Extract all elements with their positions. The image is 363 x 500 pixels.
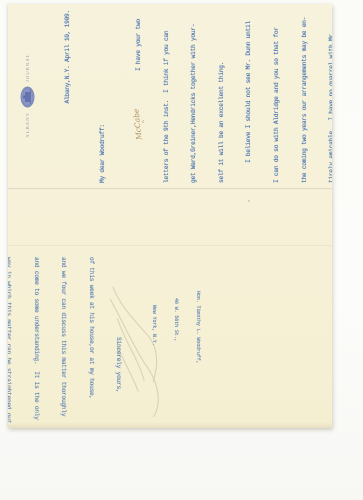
letter-paper: ALBANY JOURNAL Albany,N.Y. April 10, 190… (8, 4, 332, 428)
letter-scan: { "letterhead": { "left_word": "ALBANY",… (0, 0, 363, 500)
letterhead: ALBANY JOURNAL (16, 4, 38, 187)
letterhead-right-word: JOURNAL (25, 53, 30, 82)
body-line: I believe I should not see Mr. Dunn unti… (242, 7, 256, 183)
body-line: way in which this matter can be straight… (8, 257, 15, 427)
body-line: and we four can discuss this matter thor… (57, 257, 71, 427)
date-line: Albany,N.Y. April 10, 1909. (64, 10, 71, 104)
body-line: get Ward,Greiner,Hendricks together with… (187, 7, 201, 183)
salutation: My dear Woodruff: (99, 124, 106, 183)
body-line: the coming two years our arrangements ma… (298, 7, 312, 183)
page2-body: of this week at his house,or at my house… (8, 257, 112, 427)
body-line: and come to some understanding. It is th… (29, 257, 43, 427)
page1-rotated-content: ALBANY JOURNAL Albany,N.Y. April 10, 190… (8, 4, 332, 187)
fold-crease (8, 188, 332, 190)
fold-crease (8, 245, 332, 247)
body-line: of this week at his house,or at my house… (84, 257, 98, 427)
page1-body: I have your two letters of the 9th inst.… (118, 7, 332, 183)
body-line: letters of the 9th inst. I think if you … (160, 7, 174, 183)
body-line: I have your two (132, 7, 146, 183)
address-line: Hon. Timothy L. Woodruff, (194, 291, 202, 364)
journal-emblem-icon (20, 86, 35, 108)
body-line: tirely amicable. I have no quarrel with … (325, 7, 332, 183)
body-line: I can do so with Aldridge and you so tha… (270, 7, 284, 183)
body-line: self it will be an excellent thing. (215, 7, 229, 183)
paper-bottom-edge (8, 422, 332, 428)
page1-region: ALBANY JOURNAL Albany,N.Y. April 10, 190… (8, 4, 332, 187)
page2-rotated-content: Hon. Timothy L. Woodruff, 40 W. 56th St.… (8, 249, 332, 429)
paper-speck (248, 200, 250, 202)
closing-line: Sincerely yours, (115, 337, 122, 392)
address-line: 40 W. 56th St., (172, 291, 180, 364)
page2-region: Hon. Timothy L. Woodruff, 40 W. 56th St.… (8, 249, 332, 429)
letterhead-left-word: ALBANY (25, 112, 30, 138)
